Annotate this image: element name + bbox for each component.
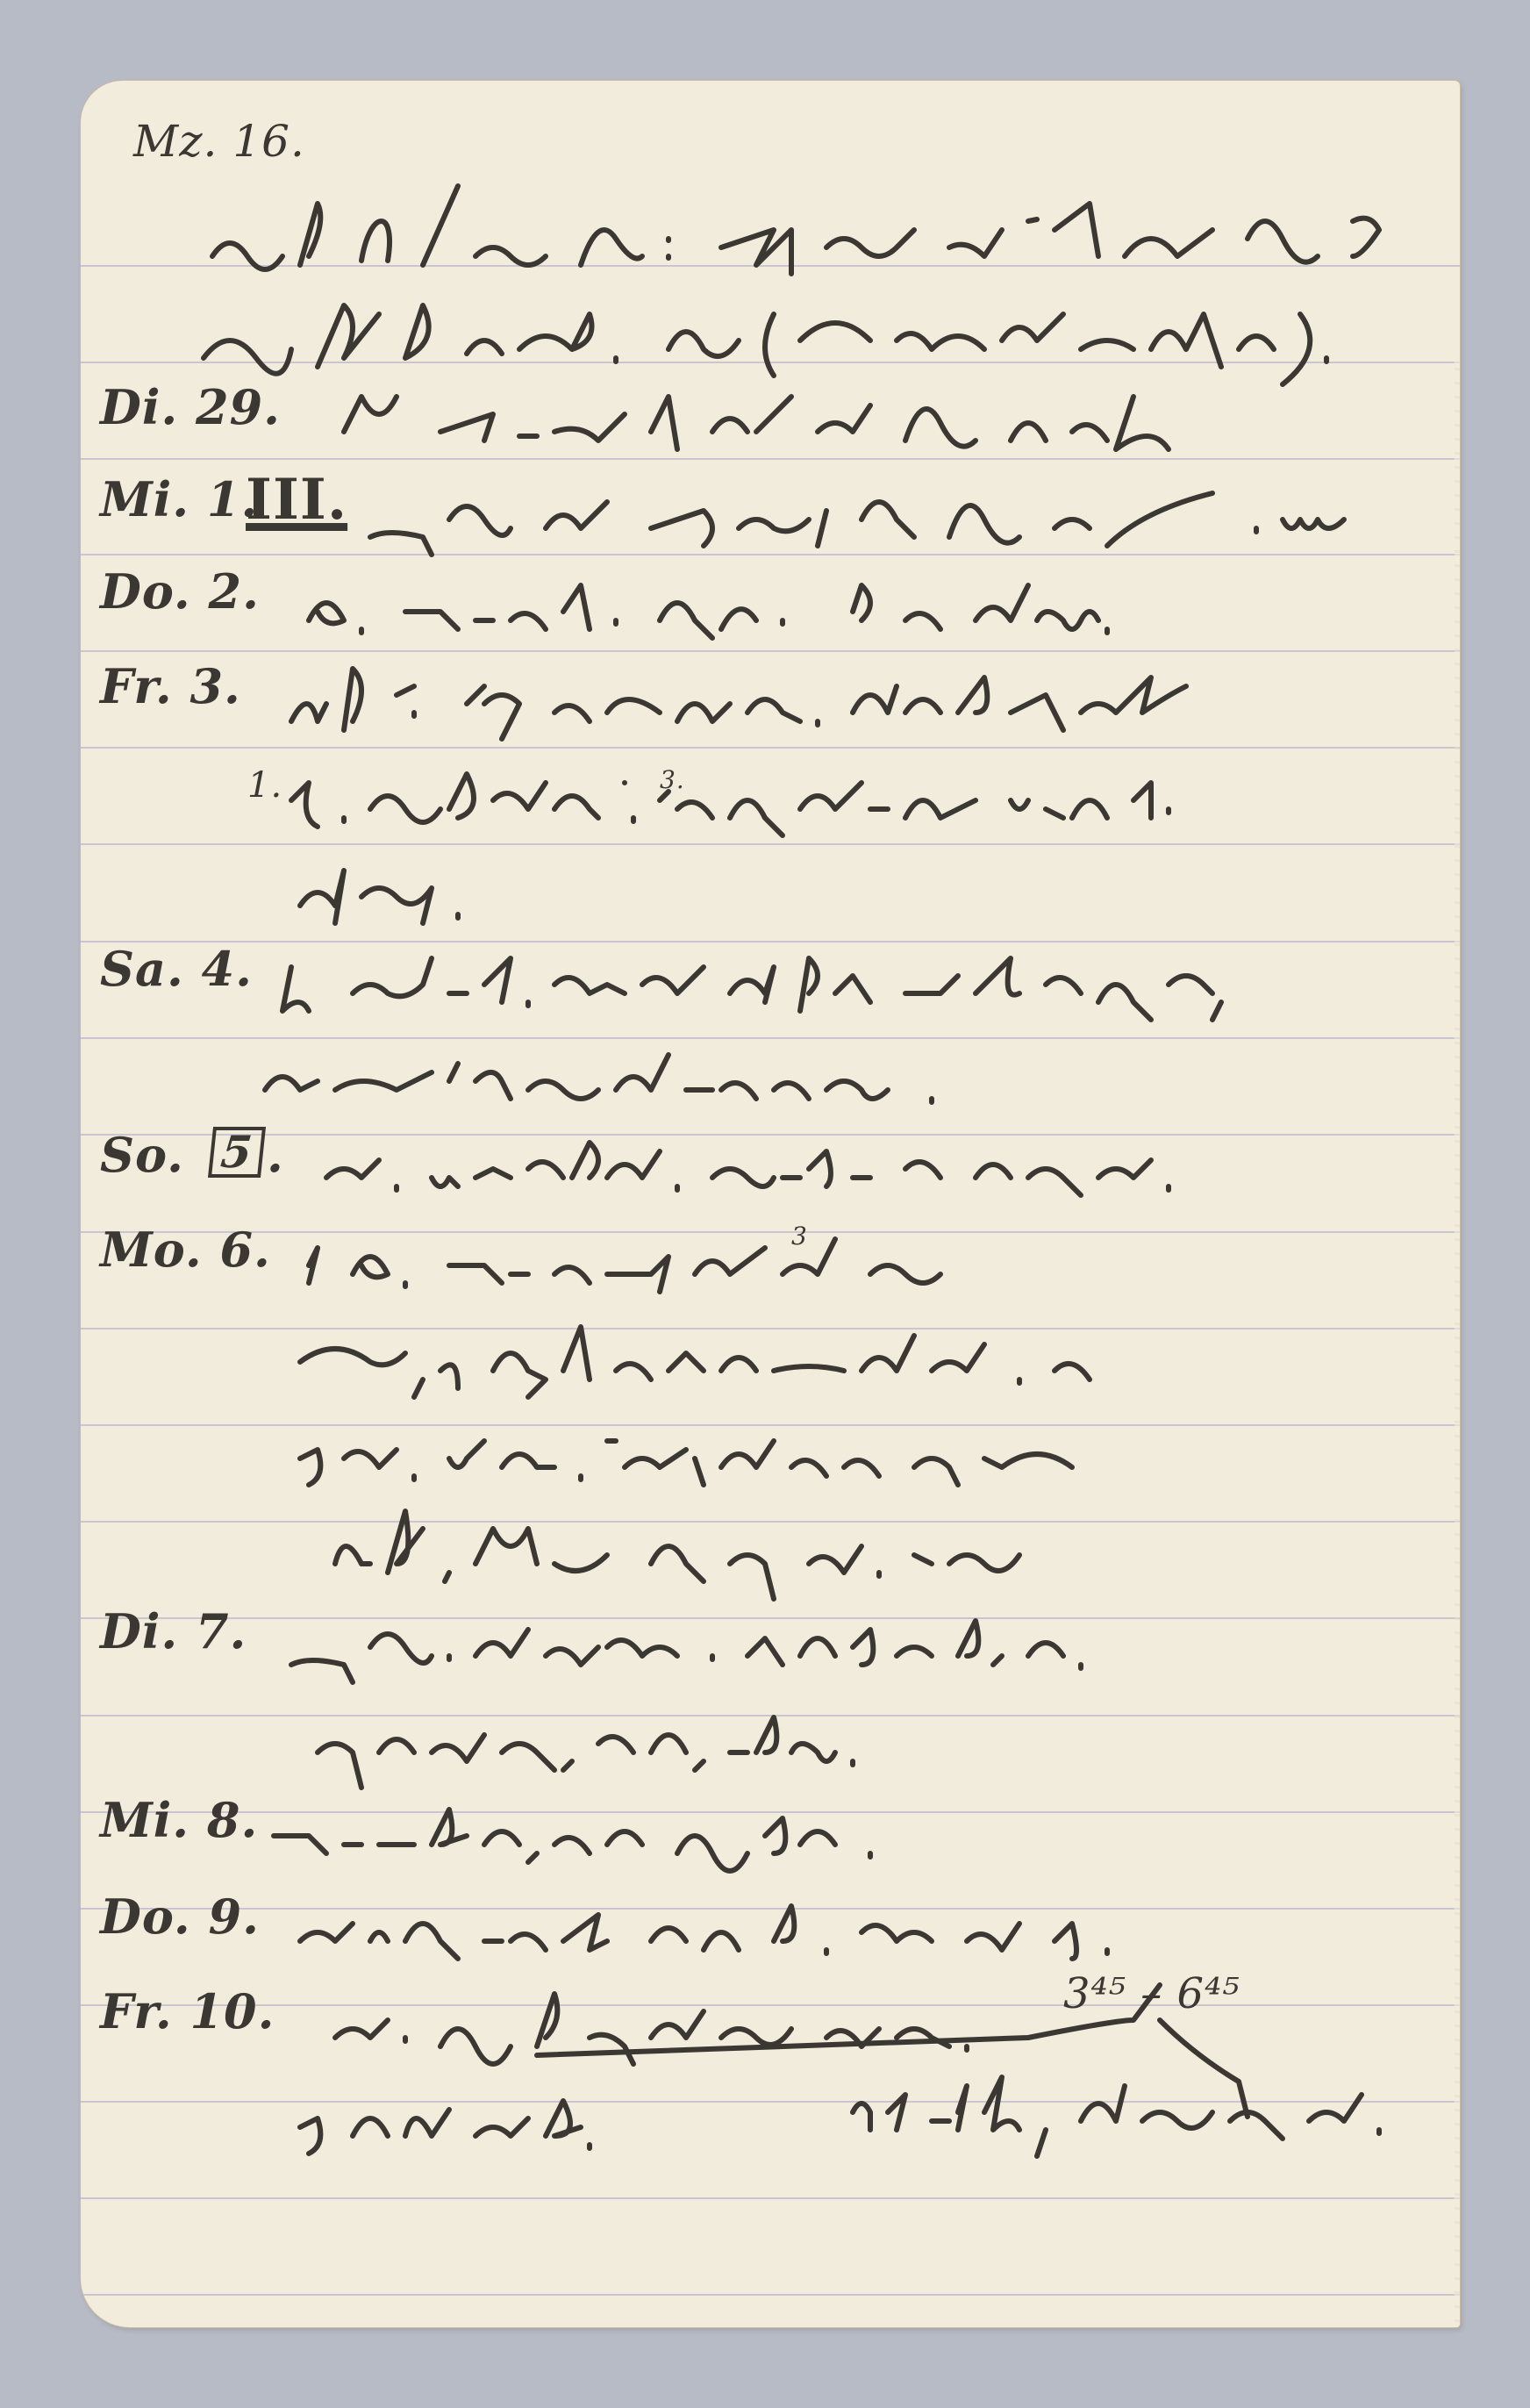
superscript-number: 3 [791,1222,808,1251]
ruled-line [81,2197,1460,2199]
shorthand-line [300,1309,1441,1406]
entry-label: So. [100,1127,184,1183]
shorthand-line [370,467,1449,563]
shorthand-line [265,1028,1142,1125]
entry-label: Fr. 10. [100,1983,275,2039]
diary-page: Mz. 16. Di. 29. Mi. 1. III. Do. 2. Fr. 3… [81,81,1460,2327]
ruled-line [81,2294,1460,2296]
entry-label: Do. 2. [100,563,260,620]
entry-label: Mi. 8. [100,1792,258,1848]
entry-label: Sa. 4. [100,941,253,997]
shorthand-line [326,1116,1449,1213]
shorthand-line [309,559,1362,656]
page-header: Mz. 16. [133,116,305,167]
shorthand-line [291,932,1460,1028]
shorthand-line [291,651,1432,748]
shorthand-line [300,2075,826,2171]
shorthand-line [309,1213,1405,1309]
superscript-number: 3. [660,765,685,794]
entry-label: Mi. 1. [100,471,258,527]
entry-label: Di. 7. [100,1603,247,1659]
boxed-day-number: 5 [208,1127,266,1178]
shorthand-line [344,370,1309,467]
entry-label: Fr. 3. [100,658,241,714]
entry-label: Do. 9. [100,1888,260,1945]
entry-label: Di. 29. [100,379,281,435]
shorthand-line [300,1880,1423,1976]
shorthand-line [274,1783,1151,1880]
shorthand-line [853,2060,1449,2156]
shorthand-line [300,844,475,941]
shorthand-line [291,748,1397,844]
period: . [267,1127,284,1183]
month-numeral: III. [246,467,347,533]
entry-label: Mo. 6. [100,1222,271,1278]
shorthand-line [318,1691,1107,1788]
shorthand-line [291,1595,1441,1691]
shorthand-line [300,1406,1441,1502]
shorthand-line [335,1502,1388,1599]
shorthand-line [212,186,1441,283]
list-number: 1. [247,765,282,806]
